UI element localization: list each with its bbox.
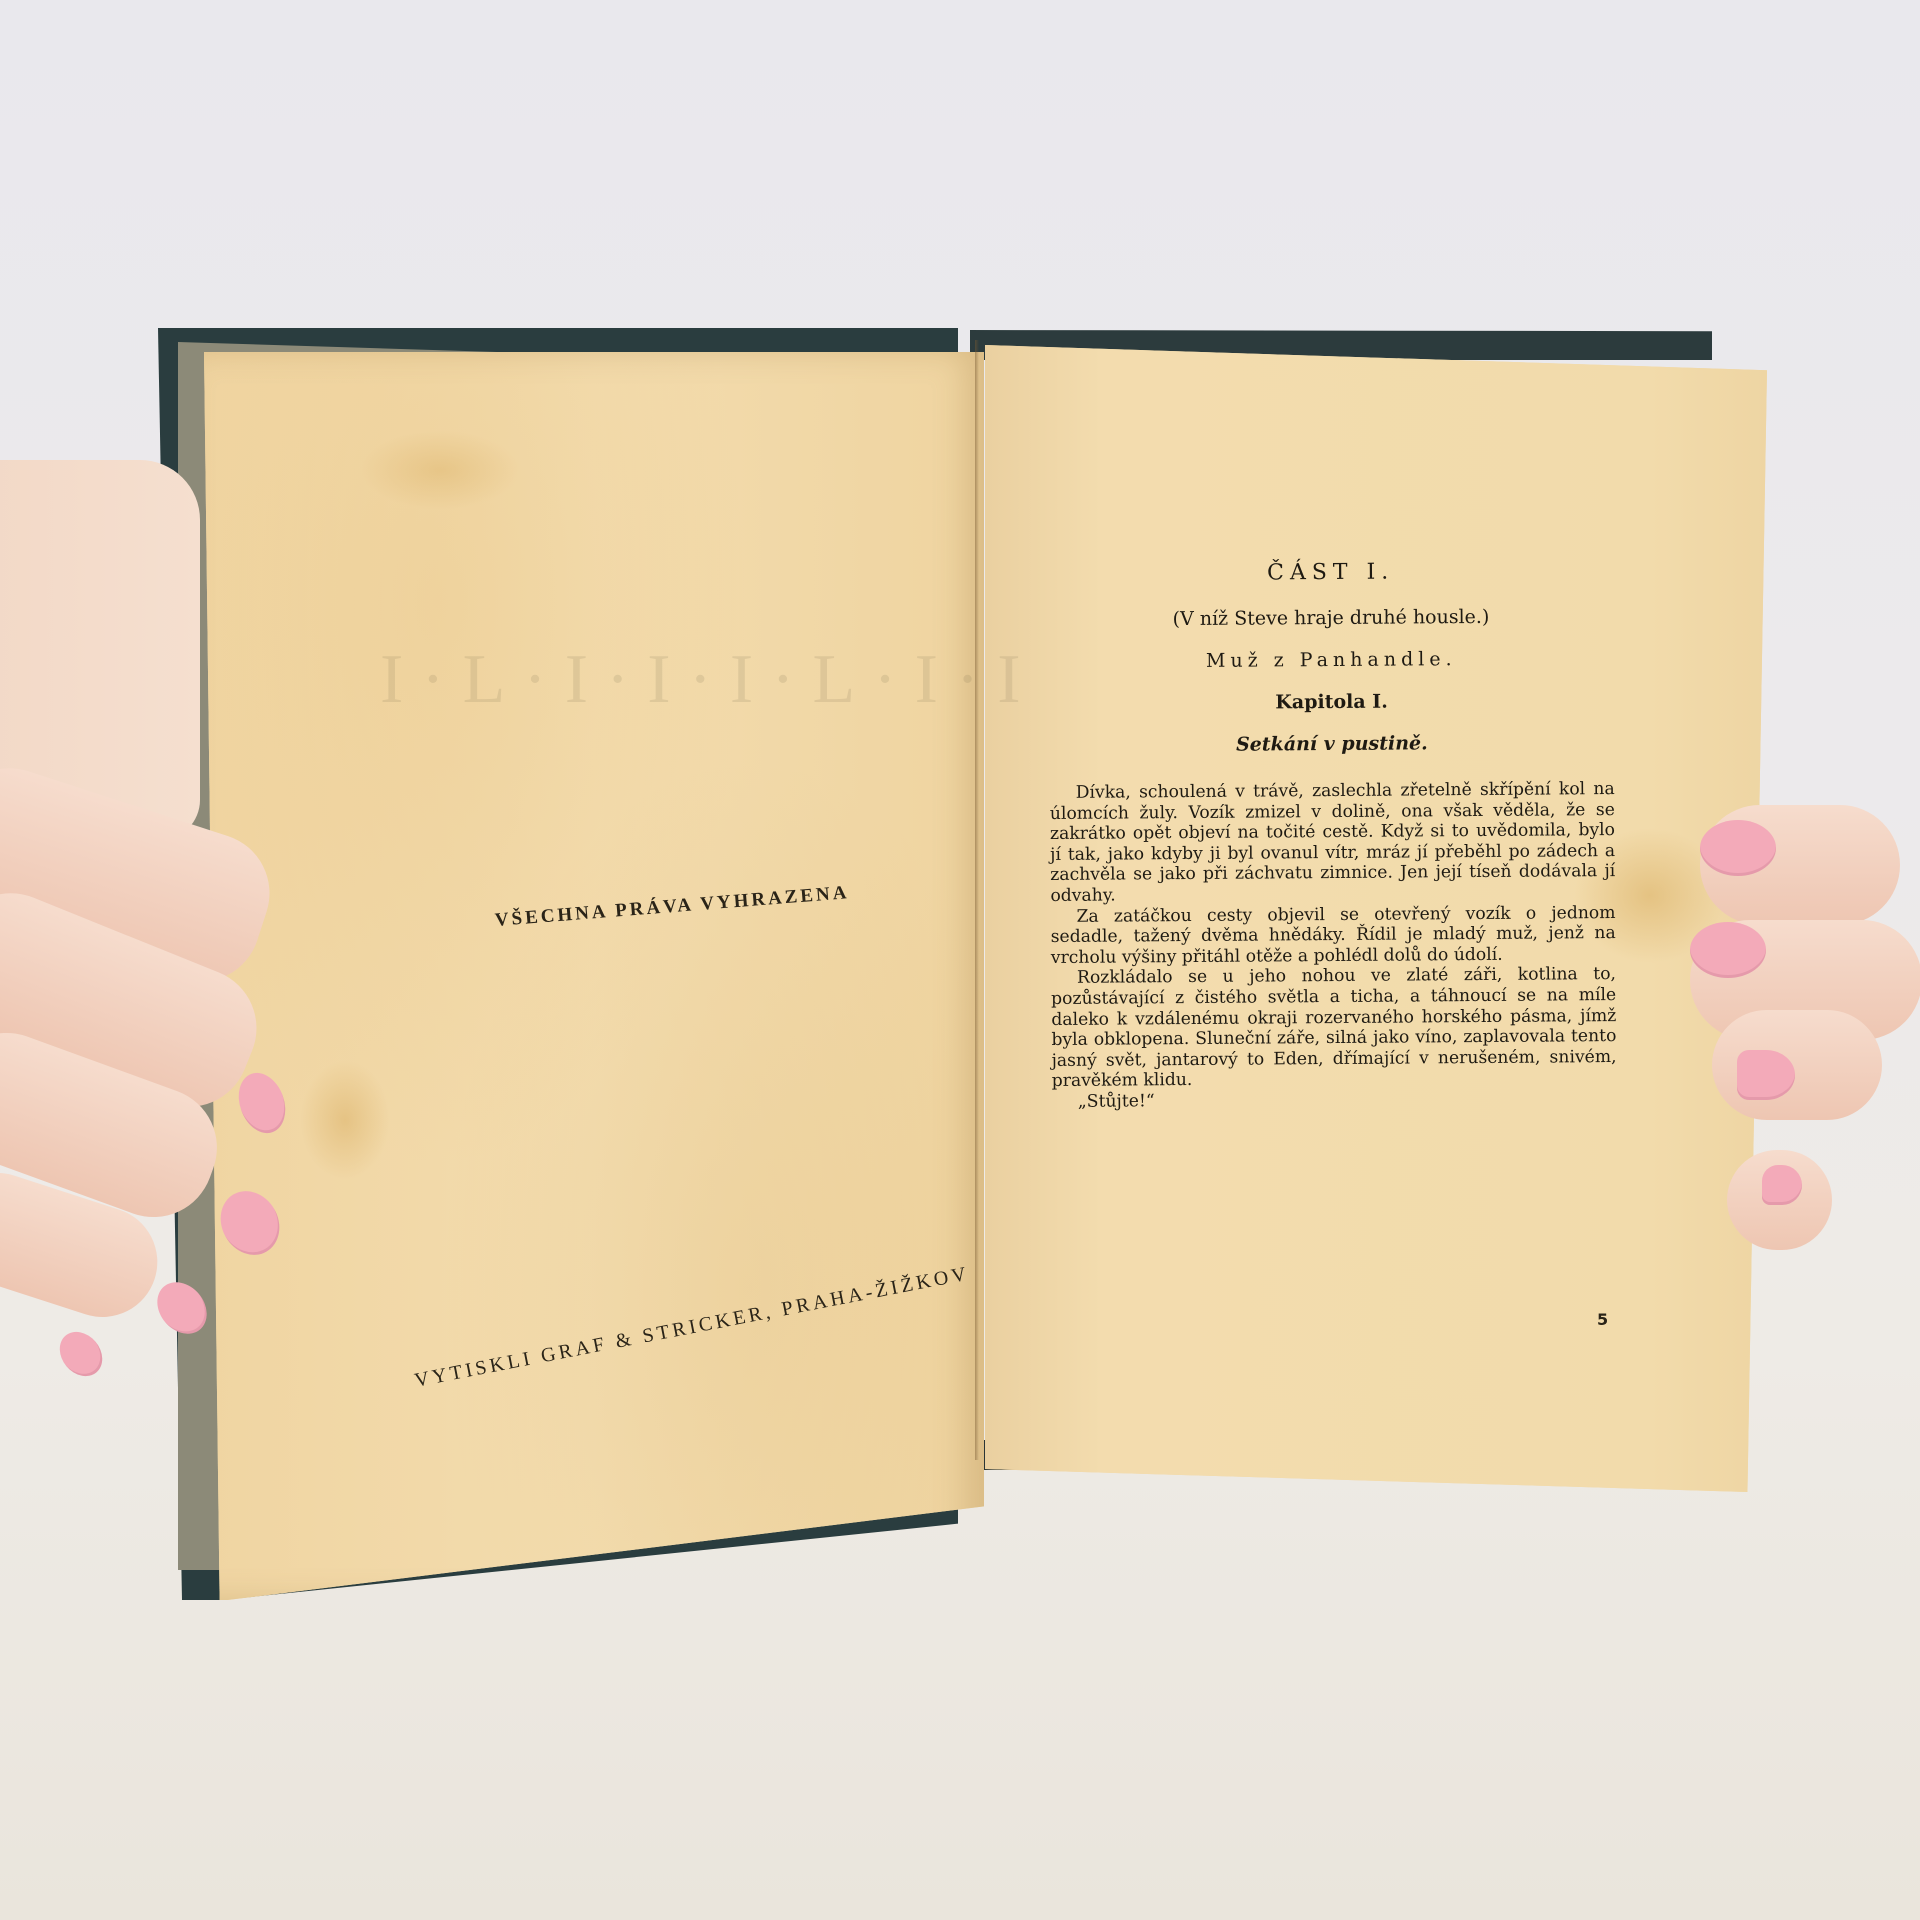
- right-page-text: ČÁST I. (V níž Steve hraje druhé housle.…: [1048, 558, 1617, 1112]
- page-stain: [300, 1060, 390, 1180]
- book-gutter: [975, 340, 979, 1460]
- paragraph: Dívka, schoulená v trávě, zaslechla zřet…: [1050, 779, 1616, 907]
- chapter-heading: Kapitola I.: [1049, 689, 1614, 715]
- fingernail: [1737, 1050, 1795, 1100]
- chapter-body: Dívka, schoulená v trávě, zaslechla zřet…: [1050, 779, 1617, 1112]
- paragraph: Za zatáčkou cesty objevil se otevřený vo…: [1050, 903, 1615, 969]
- fingernail: [51, 1323, 111, 1384]
- section-heading: Muž z Panhandle.: [1049, 647, 1614, 673]
- chapter-title: Setkání v pustině.: [1049, 731, 1614, 757]
- page-stain: [360, 430, 520, 510]
- paragraph: Rozkládalo se u jeho nohou ve zlaté záři…: [1051, 964, 1617, 1092]
- show-through-text: I·L·I·I·I·L·I·I: [380, 640, 1039, 720]
- fingernail: [1690, 922, 1766, 978]
- part-subtitle: (V níž Steve hraje druhé housle.): [1048, 605, 1613, 631]
- paragraph: „Stůjte!“: [1052, 1088, 1617, 1113]
- fingernail: [1700, 820, 1776, 876]
- left-page: [204, 352, 984, 1600]
- page-number: 5: [1597, 1310, 1608, 1329]
- fingernail: [1762, 1165, 1802, 1205]
- part-heading: ČÁST I.: [1048, 558, 1613, 587]
- book-photo-scene: I·L·I·I·I·L·I·I VŠECHNA PRÁVA VYHRAZENA …: [0, 0, 1920, 1920]
